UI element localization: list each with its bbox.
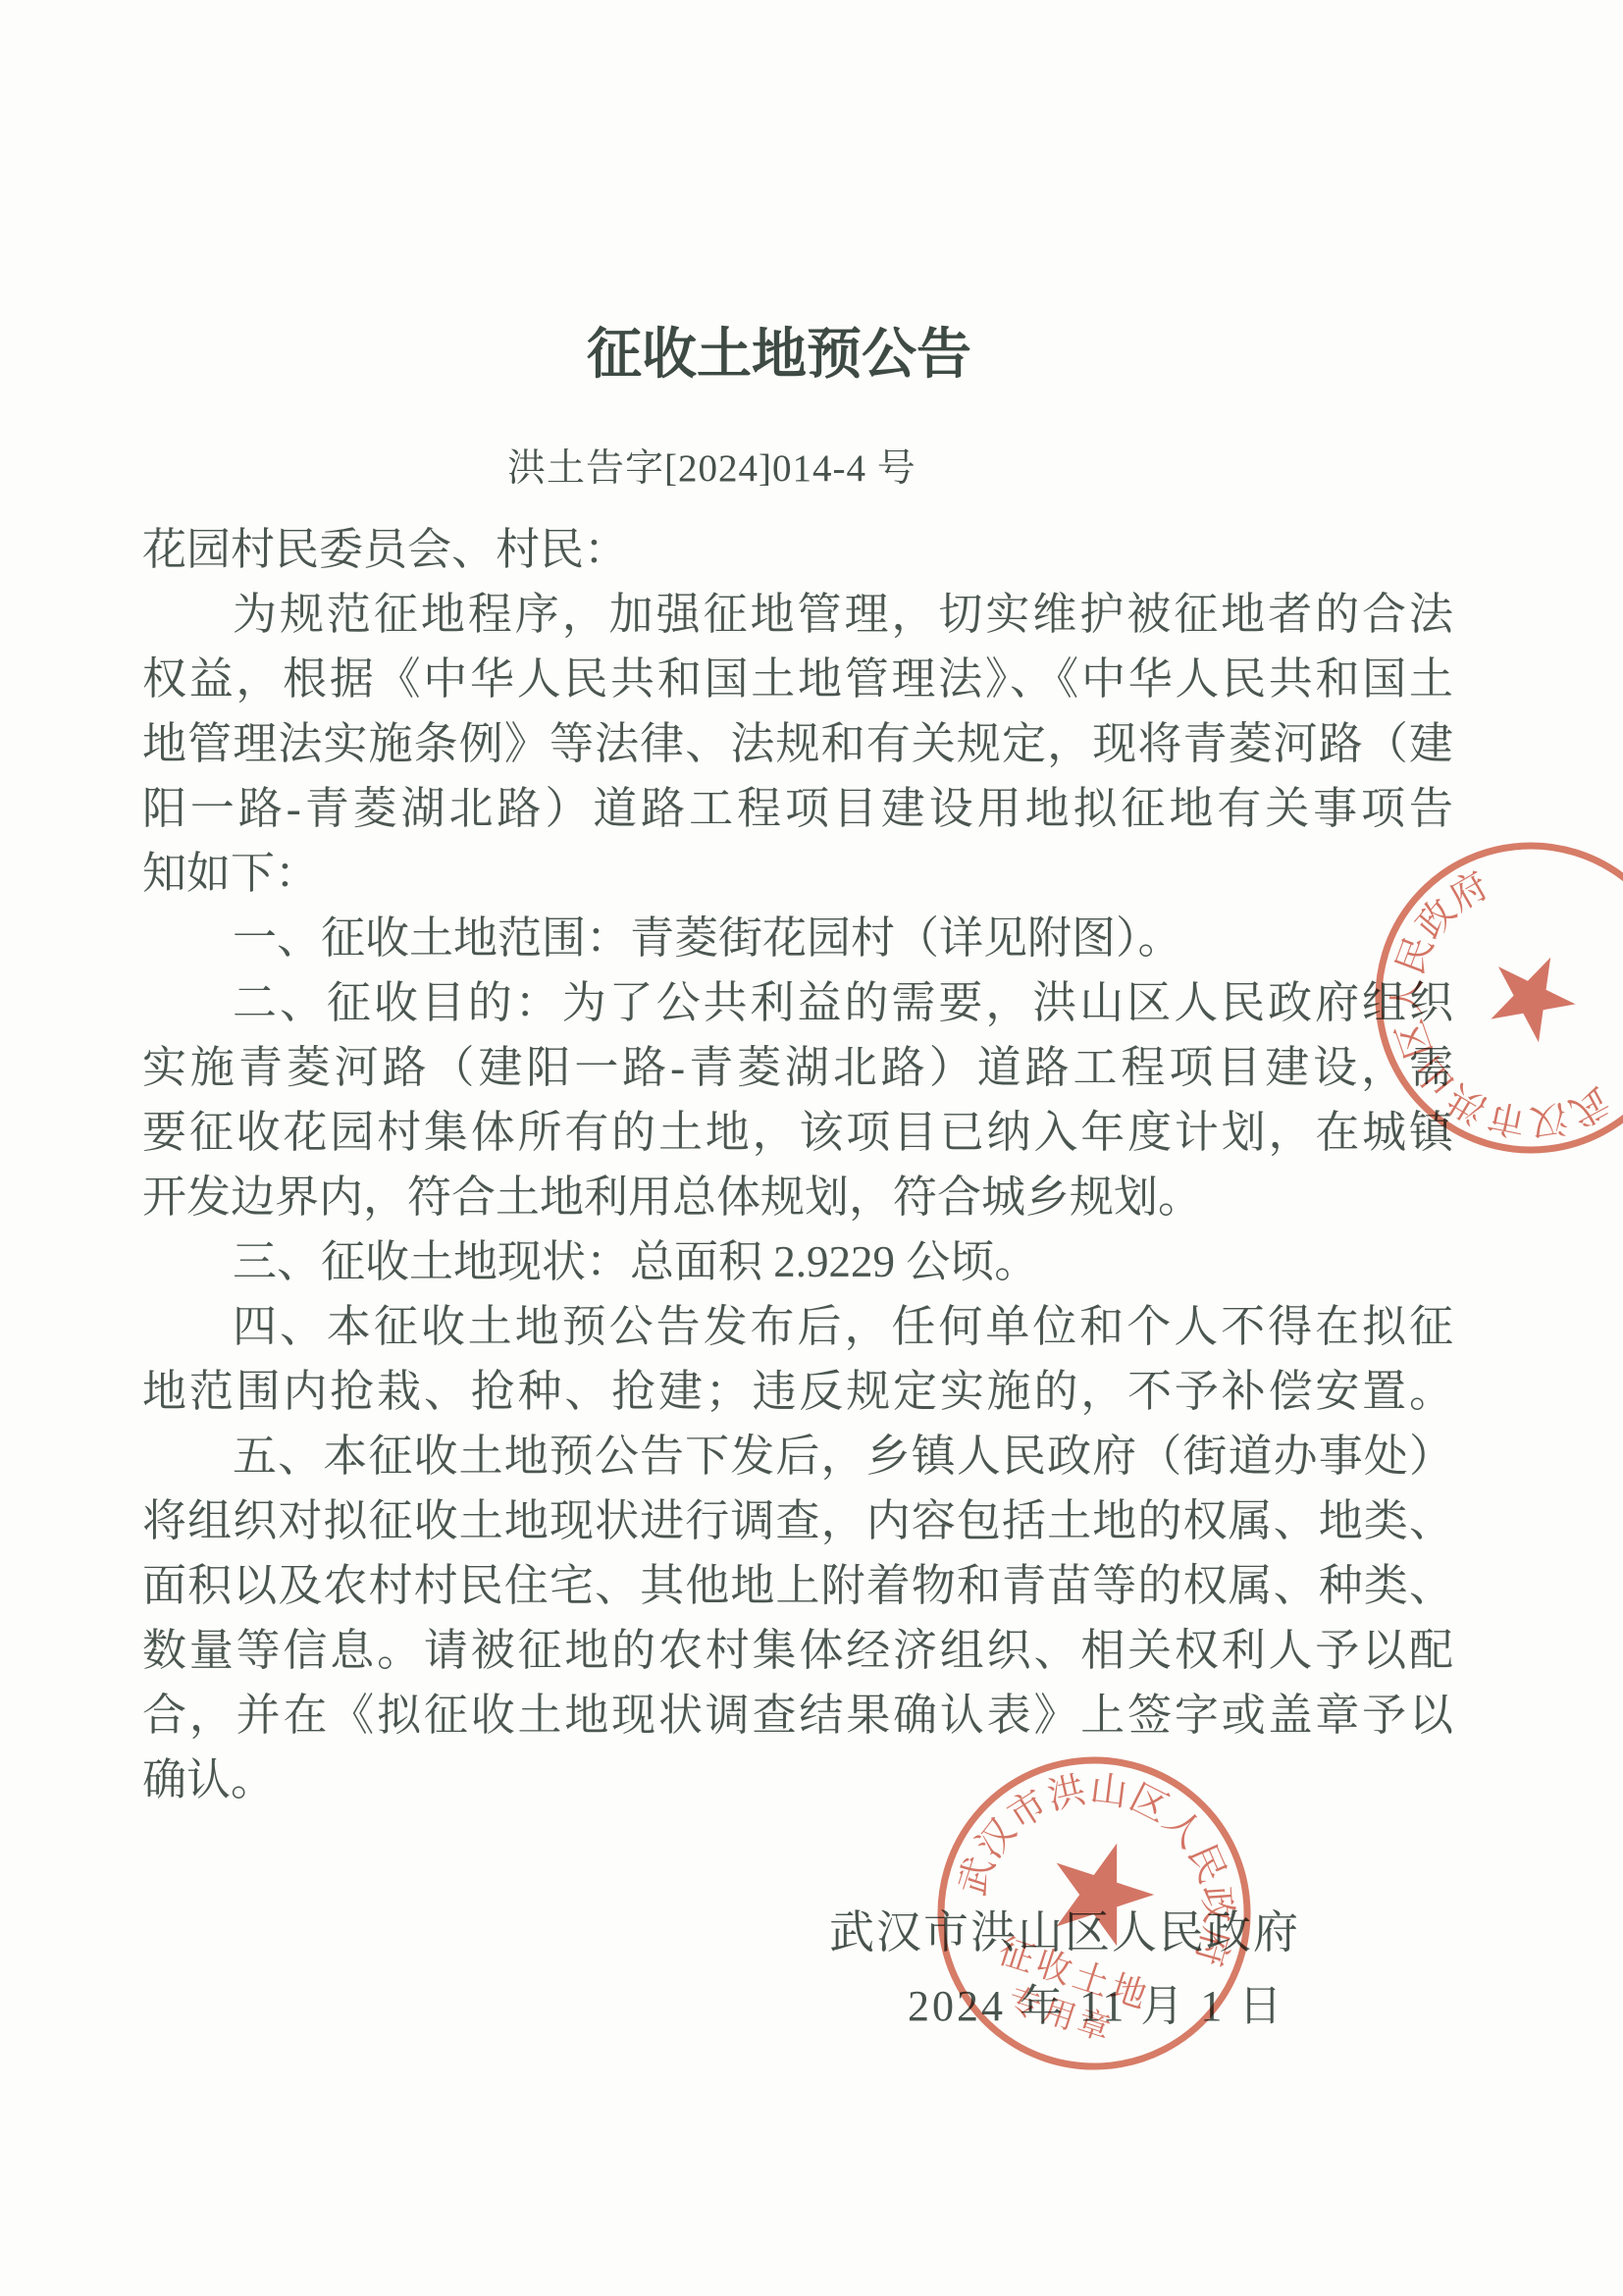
- body-line: 三、征收土地现状：总面积 2.9229 公顷。: [142, 1229, 1453, 1294]
- body-line: 地管理法实施条例》等法律、法规和有关规定，现将青菱河路（建: [142, 711, 1453, 776]
- page-title: 征收土地预公告: [587, 320, 971, 389]
- body-line: 数量等信息。请被征地的农村集体经济组织、相关权利人予以配: [142, 1618, 1453, 1683]
- body-line: 为规范征地程序，加强征地管理，切实维护被征地者的合法: [142, 582, 1453, 647]
- body-line: 权益，根据《中华人民共和国土地管理法》、《中华人民共和国土: [142, 647, 1453, 711]
- body-line: 二、征收目的：为了公共利益的需要，洪山区人民政府组织: [142, 970, 1453, 1035]
- star-icon: [1471, 943, 1583, 1057]
- body-line: 面积以及农村村民住宅、其他地上附着物和青苗等的权属、种类、: [142, 1553, 1453, 1618]
- body-line: 将组织对拟征收土地现状进行调查，内容包括土地的权属、地类、: [142, 1488, 1453, 1553]
- body-line: 五、本征收土地预公告下发后，乡镇人民政府（街道办事处）: [142, 1424, 1453, 1488]
- body-line: 四、本征收土地预公告发布后，任何单位和个人不得在拟征: [142, 1294, 1453, 1359]
- star-icon: [1038, 1828, 1166, 1953]
- doc-number: 洪土告字[2024]014-4 号: [507, 442, 916, 496]
- body-line: 要征收花园村集体所有的土地，该项目已纳入年度计划，在城镇: [142, 1100, 1453, 1165]
- body-line: 地范围内抢栽、抢种、抢建；违反规定实施的，不予补偿安置。: [142, 1359, 1453, 1424]
- body-line: 合，并在《拟征收土地现状调查结果确认表》上签字或盖章予以: [142, 1683, 1453, 1748]
- body-line: 开发边界内，符合土地利用总体规划，符合城乡规划。: [142, 1165, 1453, 1229]
- announcement-page: 征收土地预公告 洪土告字[2024]014-4 号 花园村民委员会、村民：为规范…: [0, 0, 1623, 2296]
- body-line: 阳一路-青菱湖北路）道路工程项目建设用地拟征地有关事项告: [142, 776, 1453, 841]
- body-line: 知如下：: [142, 841, 1453, 906]
- body-line: 花园村民委员会、村民：: [142, 517, 1453, 582]
- body-line: 一、征收土地范围：青菱街花园村（详见附图）。: [142, 906, 1453, 970]
- document-body: 花园村民委员会、村民：为规范征地程序，加强征地管理，切实维护被征地者的合法权益，…: [142, 517, 1453, 1812]
- body-line: 实施青菱河路（建阳一路-青菱湖北路）道路工程项目建设，需: [142, 1035, 1453, 1100]
